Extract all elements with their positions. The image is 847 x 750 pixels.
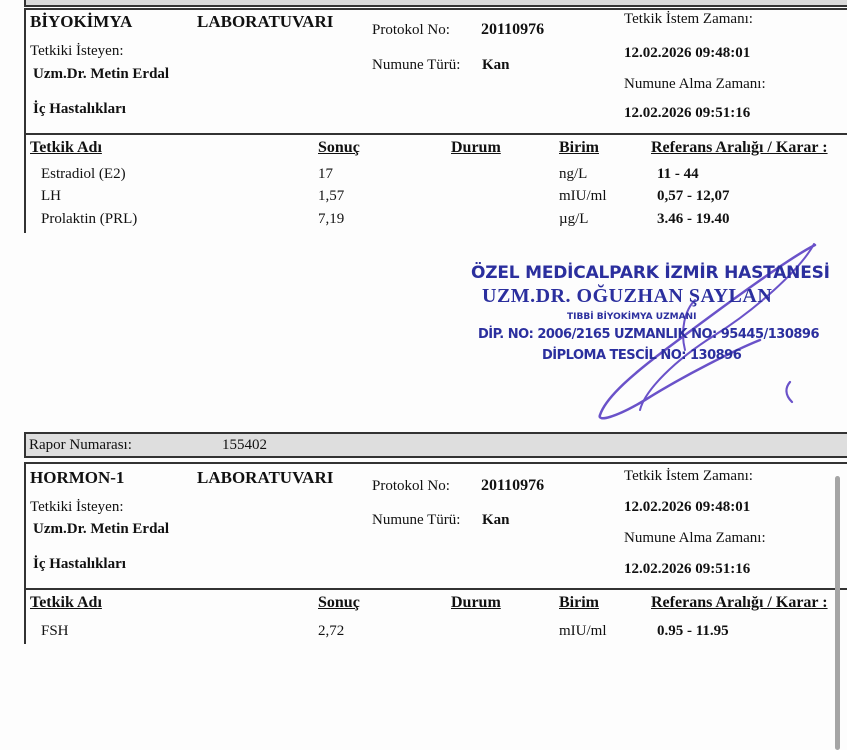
test-result: 7,19	[318, 211, 344, 228]
col-header-result: Sonuç	[318, 594, 360, 612]
test-result: 1,57	[318, 188, 344, 205]
stamp-doctor: UZM.DR. OĞUZHAN ŞAYLAN	[482, 285, 772, 308]
sample-type: Kan	[482, 512, 510, 529]
col-header-result: Sonuç	[318, 139, 360, 157]
col-header-reference: Referans Aralığı / Karar :	[651, 594, 828, 612]
test-result: 17	[318, 166, 333, 183]
report-number-band	[24, 432, 847, 458]
request-time-label: Tetkik İstem Zamanı:	[624, 468, 753, 485]
col-header-unit: Birim	[559, 594, 599, 612]
col-header-unit: Birim	[559, 139, 599, 157]
col-header-test: Tetkik Adı	[30, 594, 102, 612]
request-time: 12.02.2026 09:48:01	[624, 45, 750, 62]
sample-type: Kan	[482, 57, 510, 74]
test-unit: ng/L	[559, 166, 587, 183]
sample-type-label: Numune Türü:	[372, 57, 460, 74]
lab-name: BİYOKİMYA	[30, 12, 132, 32]
protocol-label: Protokol No:	[372, 478, 450, 495]
lab-suffix: LABORATUVARI	[197, 468, 333, 488]
stamp-registration: DİPLOMA TESCİL NO: 130896	[542, 348, 741, 363]
test-result: 2,72	[318, 623, 344, 640]
department: İç Hastalıkları	[33, 101, 126, 118]
test-unit: mIU/ml	[559, 623, 607, 640]
lab-name: HORMON-1	[30, 468, 124, 488]
sample-type-label: Numune Türü:	[372, 512, 460, 529]
protocol-label: Protokol No:	[372, 22, 450, 39]
requester-label: Tetkiki İsteyen:	[30, 43, 124, 60]
stamp-diploma: DİP. NO: 2006/2165 UZMANLIK NO: 95445/13…	[478, 327, 819, 342]
request-time: 12.02.2026 09:48:01	[624, 499, 750, 516]
previous-section-band	[24, 0, 847, 7]
test-unit: mIU/ml	[559, 188, 607, 205]
request-time-label: Tetkik İstem Zamanı:	[624, 11, 753, 28]
protocol-no: 20110976	[481, 477, 544, 495]
test-name: FSH	[41, 623, 69, 640]
sample-time: 12.02.2026 09:51:16	[624, 561, 750, 578]
test-unit: µg/L	[559, 211, 588, 228]
test-name: Estradiol (E2)	[41, 166, 126, 183]
table-left-border	[24, 590, 26, 644]
sample-time: 12.02.2026 09:51:16	[624, 105, 750, 122]
test-reference: 11 - 44	[657, 166, 699, 183]
requester-name: Uzm.Dr. Metin Erdal	[33, 521, 169, 538]
test-reference: 3.46 - 19.40	[657, 211, 730, 228]
report-number-label: Rapor Numarası:	[29, 437, 132, 454]
requester-name: Uzm.Dr. Metin Erdal	[33, 66, 169, 83]
sample-time-label: Numune Alma Zamanı:	[624, 76, 766, 93]
col-header-test: Tetkik Adı	[30, 139, 102, 157]
requester-label: Tetkiki İsteyen:	[30, 499, 124, 516]
lab-suffix: LABORATUVARI	[197, 12, 333, 32]
stamp-hospital: ÖZEL MEDİCALPARK İZMİR HASTANESİ	[471, 263, 830, 283]
department: İç Hastalıkları	[33, 556, 126, 573]
table-left-border	[24, 135, 26, 233]
test-name: LH	[41, 188, 61, 205]
test-name: Prolaktin (PRL)	[41, 211, 137, 228]
col-header-reference: Referans Aralığı / Karar :	[651, 139, 828, 157]
sample-time-label: Numune Alma Zamanı:	[624, 530, 766, 547]
stamp-title: TIBBİ BİYOKİMYA UZMANI	[567, 312, 696, 322]
vertical-scrollbar[interactable]	[835, 476, 840, 750]
test-reference: 0.95 - 11.95	[657, 623, 729, 640]
col-header-status: Durum	[451, 139, 501, 157]
col-header-status: Durum	[451, 594, 501, 612]
test-reference: 0,57 - 12,07	[657, 188, 730, 205]
report-number-value: 155402	[222, 437, 267, 454]
protocol-no: 20110976	[481, 21, 544, 39]
